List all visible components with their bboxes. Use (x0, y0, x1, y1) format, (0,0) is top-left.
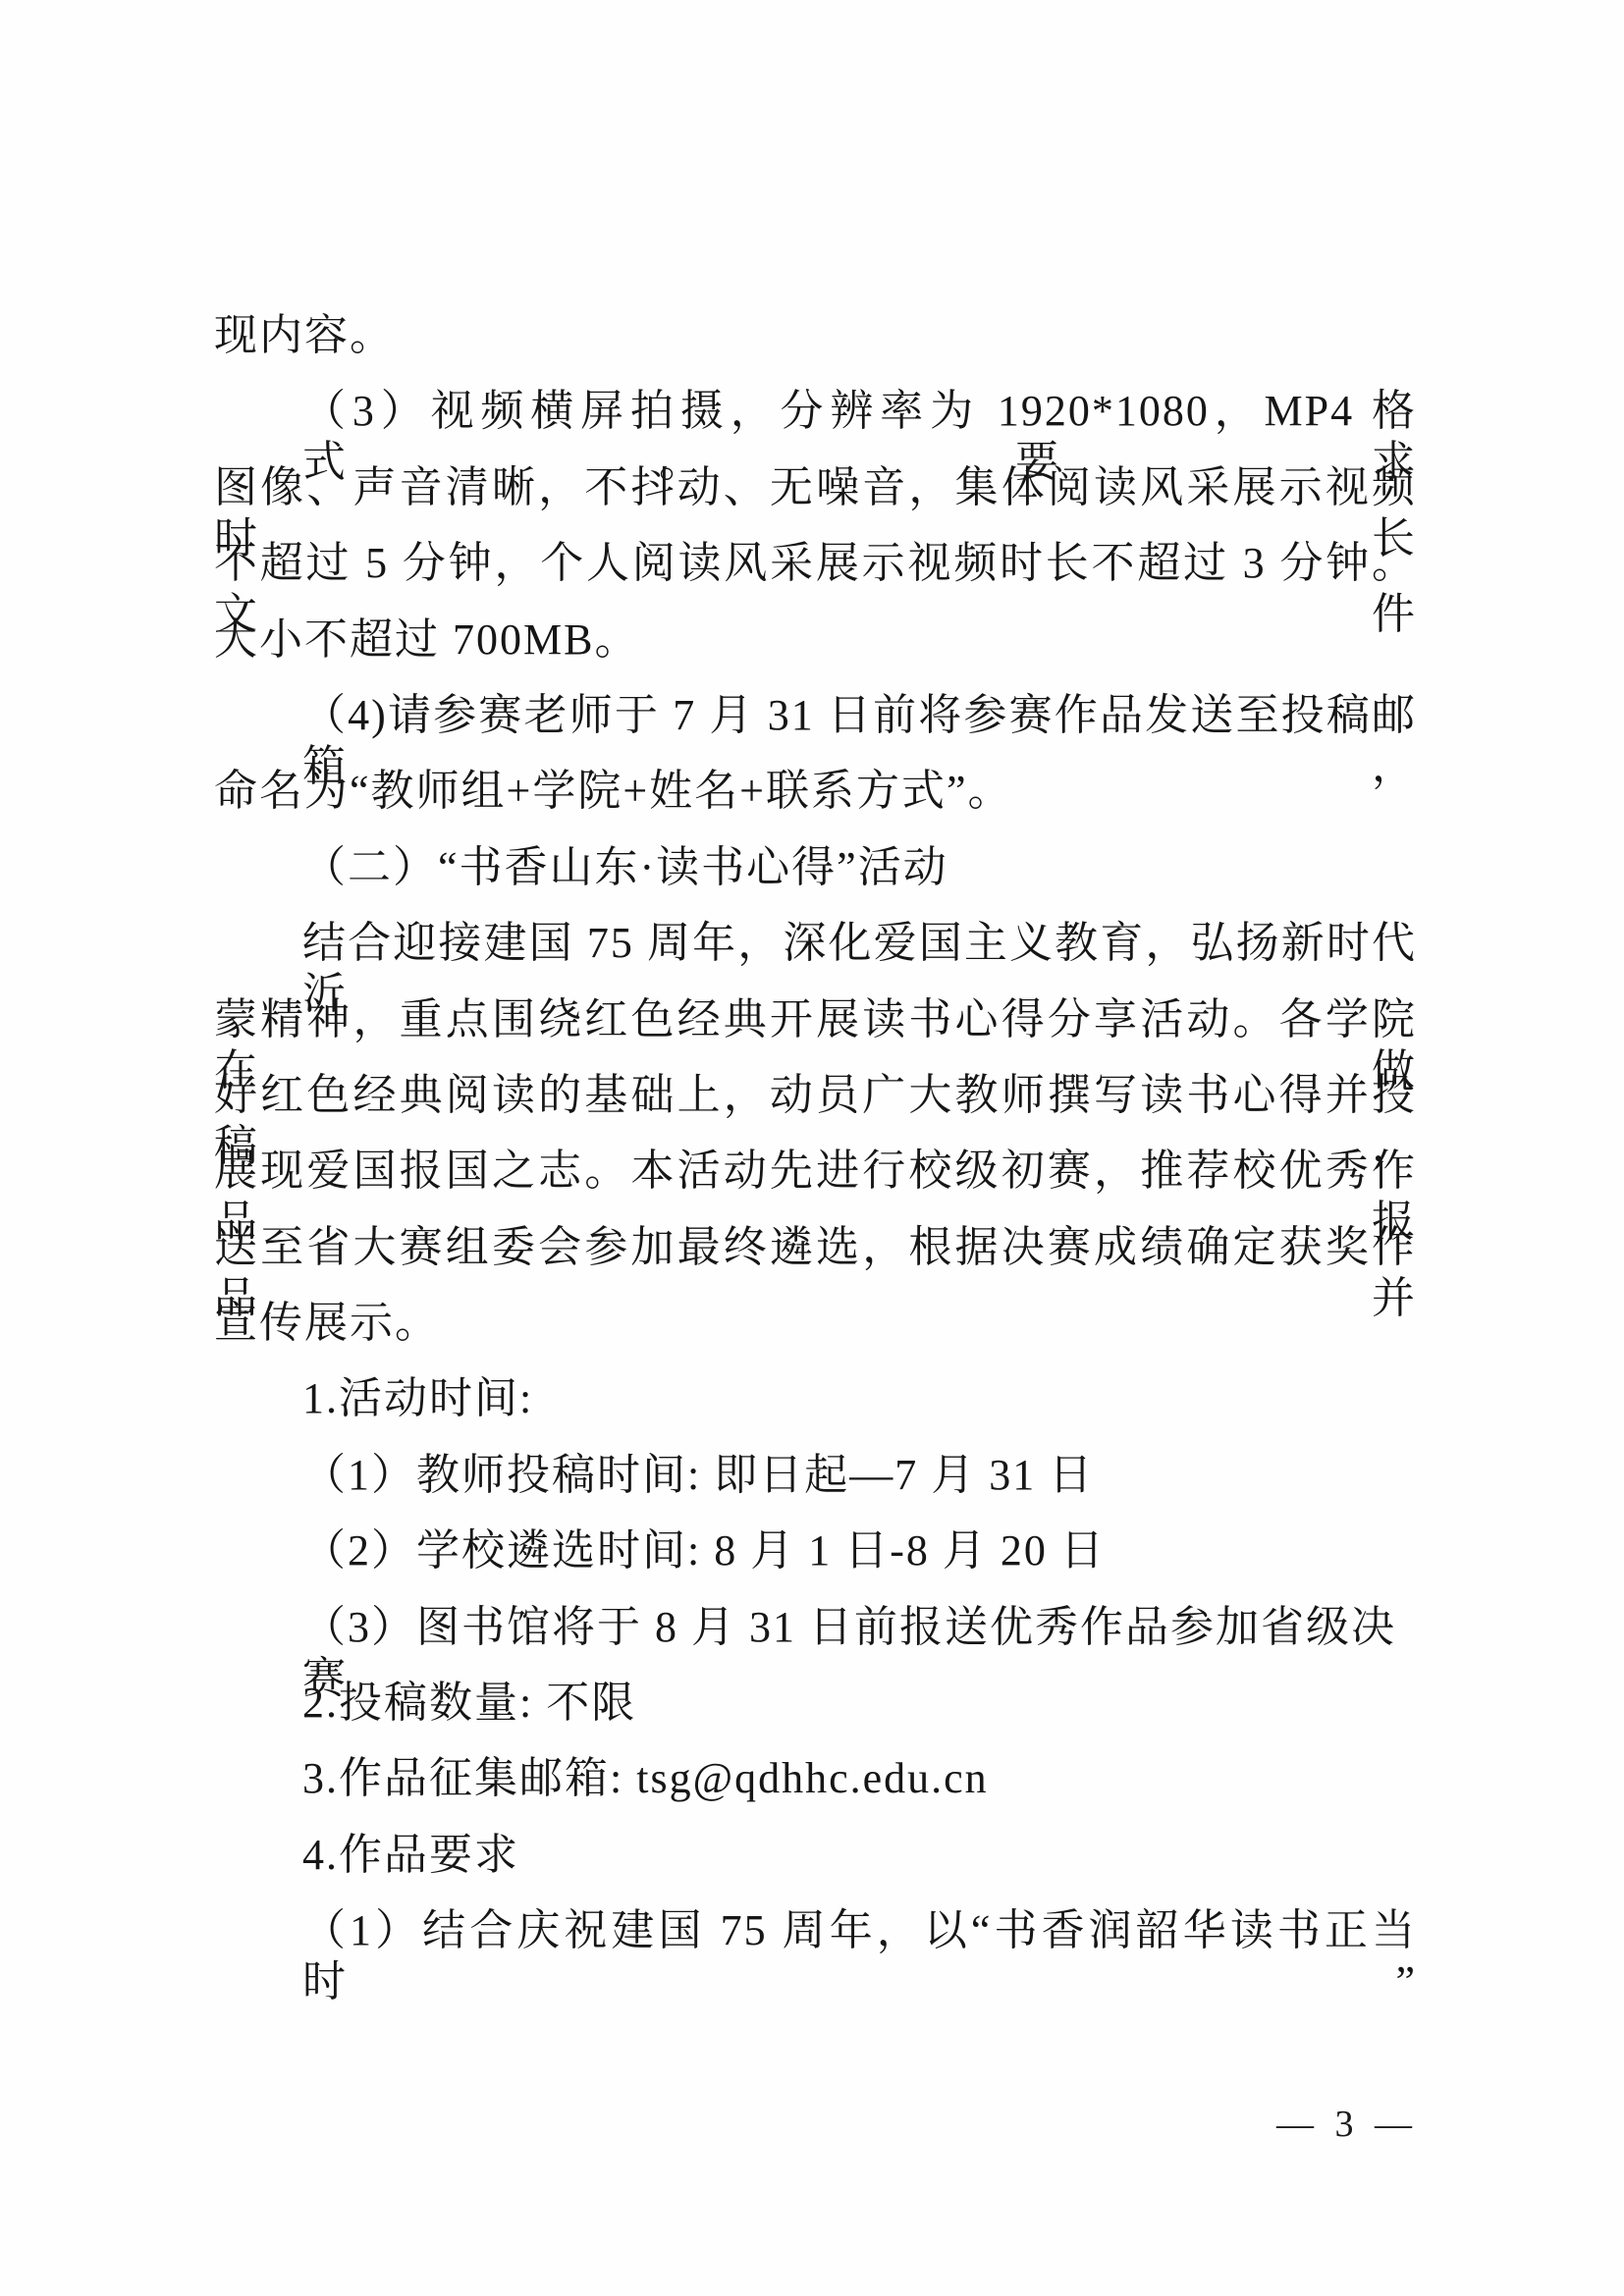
document-line: （3）视频横屏拍摄，分辨率为 1920*1080，MP4 格式。要求 (214, 386, 1417, 461)
document-page: 现内容。 （3）视频横屏拍摄，分辨率为 1920*1080，MP4 格式。要求 … (0, 0, 1624, 2296)
document-list-item: （2）学校遴选时间: 8 月 1 日-8 月 20 日 (214, 1525, 1417, 1601)
document-line: 蒙精神，重点围绕红色经典开展读书心得分享活动。各学院在做 (214, 994, 1417, 1070)
document-line: （4)请参赛老师于 7 月 31 日前将参赛作品发送至投稿邮箱， (214, 690, 1417, 766)
document-line: 好红色经典阅读的基础上，动员广大教师撰写读书心得并投稿， (214, 1070, 1417, 1146)
document-list-item: 2.投稿数量: 不限 (214, 1678, 1417, 1753)
document-line: 不超过 5 分钟，个人阅读风采展示视频时长不超过 3 分钟。文件 (214, 538, 1417, 614)
document-line: 现内容。 (214, 310, 1417, 386)
document-list-item: （3）图书馆将于 8 月 31 日前报送优秀作品参加省级决赛 (214, 1602, 1417, 1678)
document-list-item: 4.作品要求 (214, 1830, 1417, 1905)
document-line: 送至省大赛组委会参加最终遴选，根据决赛成绩确定获奖作品并 (214, 1222, 1417, 1298)
document-section-heading: （二）“书香山东·读书心得”活动 (214, 842, 1417, 918)
document-line: 结合迎接建国 75 周年，深化爱国主义教育，弘扬新时代沂 (214, 918, 1417, 993)
document-body: 现内容。 （3）视频横屏拍摄，分辨率为 1920*1080，MP4 格式。要求 … (214, 310, 1417, 1982)
page-number: — 3 — (1276, 2103, 1418, 2146)
document-list-item: 3.作品征集邮箱: tsg@qdhhc.edu.cn (214, 1753, 1417, 1829)
document-line: （1）结合庆祝建国 75 周年，以“书香润韶华读书正当时” (214, 1905, 1417, 1981)
document-list-item: 1.活动时间: (214, 1373, 1417, 1449)
document-line: 展现爱国报国之志。本活动先进行校级初赛，推荐校优秀作品报 (214, 1146, 1417, 1221)
document-line: 图像、声音清晰，不抖动、无噪音，集体阅读风采展示视频时长 (214, 462, 1417, 538)
document-list-item: （1）教师投稿时间: 即日起—7 月 31 日 (214, 1450, 1417, 1525)
